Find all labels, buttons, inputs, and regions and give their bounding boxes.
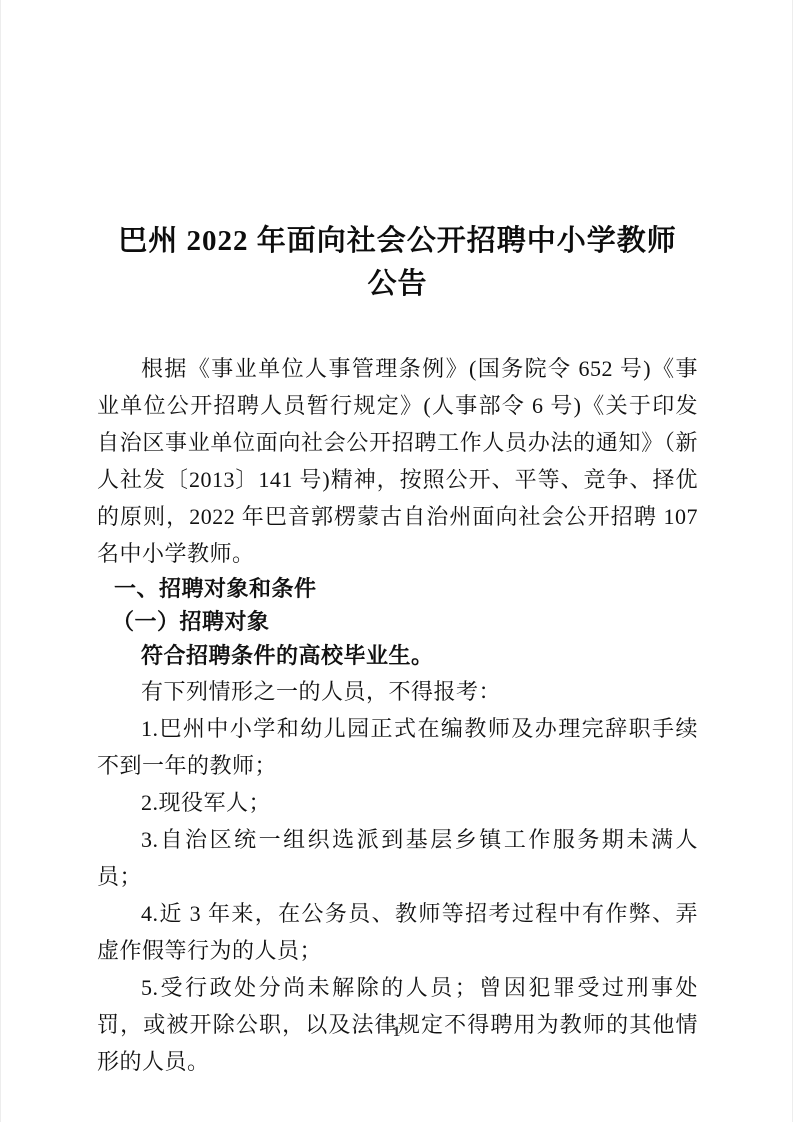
document-page: 巴州 2022 年面向社会公开招聘中小学教师 公告 根据《事业单位人事管理条例》… <box>0 0 793 1122</box>
document-title-line1: 巴州 2022 年面向社会公开招聘中小学教师 <box>118 225 677 257</box>
section-heading: 一、招聘对象和条件 <box>97 572 698 605</box>
document-body: 根据《事业单位人事管理条例》(国务院令 652 号)《事业单位公开招聘人员暂行规… <box>97 350 698 1080</box>
page-number: 1 <box>1 1024 792 1041</box>
paragraph: 2.现役军人； <box>97 784 698 821</box>
paragraph: 3.自治区统一组织选派到基层乡镇工作服务期未满人员； <box>97 821 698 895</box>
paragraph: 1.巴州中小学和幼儿园正式在编教师及办理完辞职手续不到一年的教师； <box>97 710 698 784</box>
paragraph: 根据《事业单位人事管理条例》(国务院令 652 号)《事业单位公开招聘人员暂行规… <box>97 350 698 572</box>
document-title: 巴州 2022 年面向社会公开招聘中小学教师 公告 <box>97 220 698 306</box>
section-heading: （一）招聘对象 <box>97 605 698 638</box>
paragraph: 符合招聘条件的高校毕业生。 <box>97 638 698 673</box>
document-title-line2: 公告 <box>367 268 427 300</box>
paragraph: 有下列情形之一的人员，不得报考： <box>97 673 698 710</box>
paragraph: 4.近 3 年来，在公务员、教师等招考过程中有作弊、弄虚作假等行为的人员； <box>97 895 698 969</box>
